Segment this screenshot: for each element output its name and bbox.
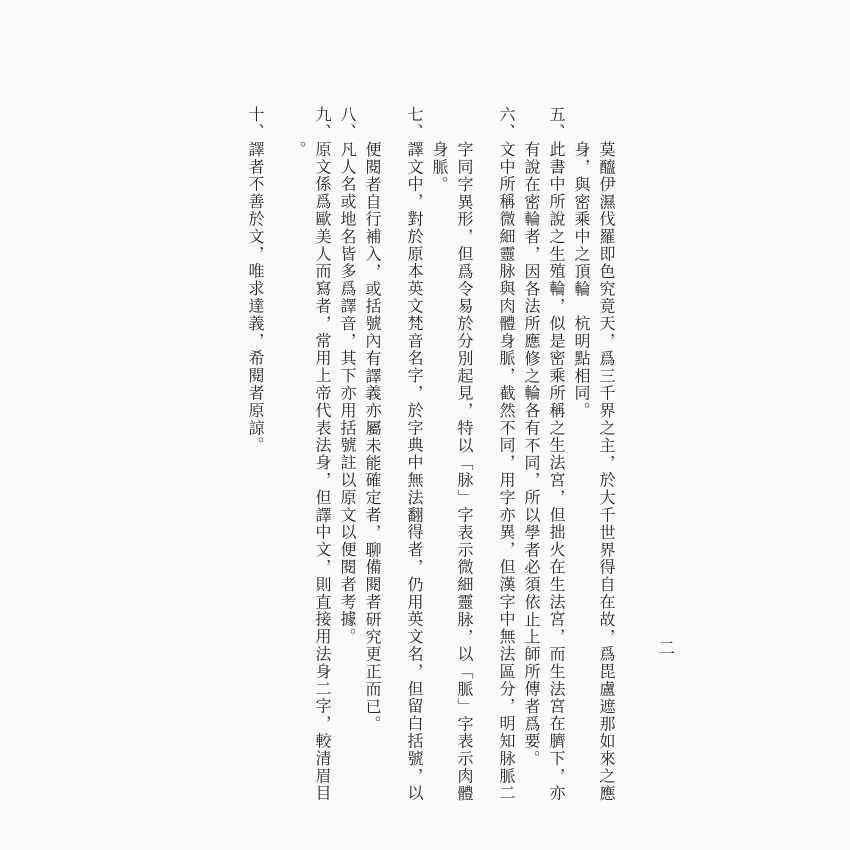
item-number: 七、 — [405, 106, 422, 141]
note-item-6-column: 六、文中所稱微細靈脉與肉體身脈，截然不同，用字亦異，但漢字中無法區分，明知脉脈二 — [493, 106, 518, 826]
column-text: 此書中所說之生殖輪，似是密乘所稱之生法宮，但拙火在生法宮，而生法宮在臍下，亦 — [547, 141, 564, 802]
note-item-7-column: 七、譯文中，對於原本英文梵音名字，於字典中無法翻得者，仍用英文名，但留白括號，以 — [401, 106, 426, 826]
book-page: 莫醯伊濕伐羅即色究竟天，爲三千界之主，於大千世界得自在故，爲毘盧遮那如來之應 身… — [0, 0, 850, 850]
column-text: 莫醯伊濕伐羅即色究竟天，爲三千界之主，於大千世界得自在故，爲毘盧遮那如來之應 — [597, 141, 614, 802]
note-item-9-continuation: 。 — [284, 106, 309, 826]
note-item-7-continuation: 便閱者自行補入，或括號內有譯義亦屬未能確定者，聊備閱者研究更正而已。 — [359, 106, 384, 826]
note-item-6-continuation: 字同字異形，但爲令易於分別起見，特以「脉」字表示微細靈脉，以「脈」字表示肉體 — [451, 106, 476, 826]
item-number: 五、 — [547, 106, 564, 141]
column-text: 譯者不善於文，唯求達義，希閱者原諒。 — [246, 141, 263, 454]
notes-list: 莫醯伊濕伐羅即色究竟天，爲三千界之主，於大千世界得自在故，爲毘盧遮那如來之應 身… — [242, 106, 618, 826]
page-number: 二 — [652, 639, 677, 656]
column-text: 文中所稱微細靈脉與肉體身脈，截然不同，用字亦異，但漢字中無法區分，明知脉脈二 — [497, 141, 514, 802]
column-text: 譯文中，對於原本英文梵音名字，於字典中無法翻得者，仍用英文名，但留白括號，以 — [405, 141, 422, 802]
column-text: 字同字異形，但爲令易於分別起見，特以「脉」字表示微細靈脉，以「脈」字表示肉體 — [455, 141, 472, 802]
column-text: 身，與密乘中之頂輪 杭明點相同。 — [572, 141, 589, 419]
note-item-6-continuation: 身脈。 — [426, 106, 451, 826]
item-number: 六、 — [497, 106, 514, 141]
column-text: 。 — [288, 141, 305, 158]
note-item-9-column: 九、原文係爲歐美人而寫者，常用上帝代表法身，但譯中文，則直接用法身二字，較清眉目 — [309, 106, 334, 826]
column-text: 身脈。 — [430, 141, 447, 193]
note-item-5-continuation: 有說在密輪者，因各法所應修之輪各有不同，所以學者必須依止上師所傳者爲要。 — [518, 106, 543, 826]
column-text: 便閱者自行補入，或括號內有譯義亦屬未能確定者，聊備閱者研究更正而已。 — [363, 141, 380, 733]
column-text: 有說在密輪者，因各法所應修之輪各有不同，所以學者必須依止上師所傳者爲要。 — [522, 141, 539, 767]
column-text: 凡人名或地名皆多爲譯音，其下亦用括號註以原文以便閱者考據。 — [338, 141, 355, 646]
item-number: 十、 — [246, 106, 263, 141]
note-item-8-column: 八、凡人名或地名皆多爲譯音，其下亦用括號註以原文以便閱者考據。 — [334, 106, 359, 826]
text-column-continuation-prev-item: 莫醯伊濕伐羅即色究竟天，爲三千界之主，於大千世界得自在故，爲毘盧遮那如來之應 — [593, 106, 618, 826]
item-number: 九、 — [313, 106, 330, 141]
note-item-10-column: 十、譯者不善於文，唯求達義，希閱者原諒。 — [242, 106, 267, 826]
note-item-5-column: 五、此書中所說之生殖輪，似是密乘所稱之生法宮，但拙火在生法宮，而生法宮在臍下，亦 — [543, 106, 568, 826]
column-text: 原文係爲歐美人而寫者，常用上帝代表法身，但譯中文，則直接用法身二字，較清眉目 — [313, 141, 330, 802]
item-number: 八、 — [338, 106, 355, 141]
text-column-continuation-prev-item: 身，與密乘中之頂輪 杭明點相同。 — [568, 106, 593, 826]
